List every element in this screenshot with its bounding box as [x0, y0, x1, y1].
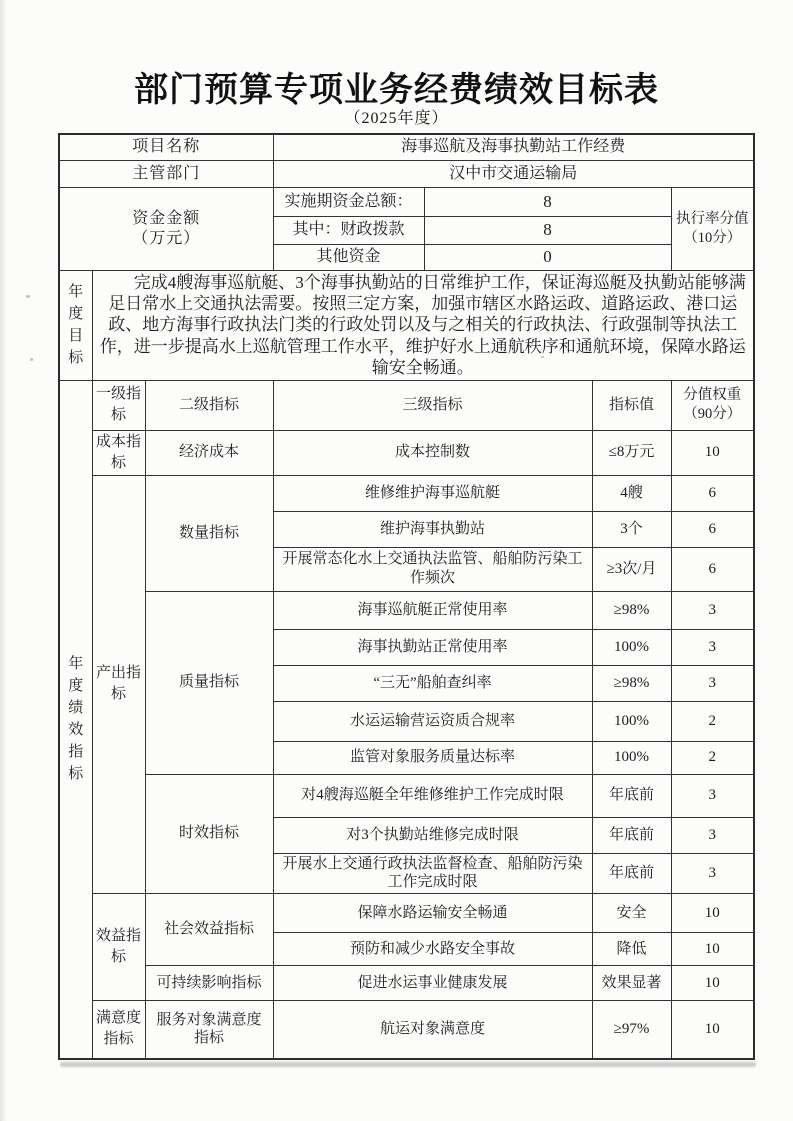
level3-indicator: 航运对象满意度 — [273, 1001, 592, 1059]
performance-target-table: 项目名称 海事巡航及海事执勤站工作经费 主管部门 汉中市交通运输局 资金金额 （… — [58, 133, 755, 1060]
fund-fiscal-value: 8 — [424, 216, 671, 244]
table-row: 时效指标 对4艘海巡艇全年维修维护工作完成时限 年底前 3 — [59, 774, 754, 817]
level3-indicator: “三无”船舶查纠率 — [273, 665, 592, 701]
indicator-value: 100% — [592, 629, 671, 665]
indicator-value: 4艘 — [592, 475, 671, 511]
indicator-weight: 6 — [671, 547, 754, 591]
header-weight: 分值权重 （90分） — [671, 380, 754, 430]
level2-sustainable-impact: 可持续影响指标 — [145, 966, 273, 1001]
execution-rate-line2: （10分） — [674, 229, 752, 248]
table-row: 产出指标 数量指标 维修维护海事巡航艇 4艘 6 — [59, 475, 754, 511]
scan-edge-artifact — [0, 0, 7, 1121]
indicator-value: 3个 — [592, 511, 671, 547]
table-header-row: 年度绩效指标 一级指标 二级指标 三级指标 指标值 分值权重 （90分） — [59, 380, 754, 430]
level3-indicator: 对4艘海巡艇全年维修维护工作完成时限 — [273, 774, 592, 817]
indicator-value: 100% — [592, 701, 671, 741]
project-name-value: 海事巡航及海事执勤站工作经费 — [273, 134, 754, 160]
indicator-value: ≥3次/月 — [592, 547, 671, 591]
scan-shadow-artifact — [60, 1062, 756, 1067]
indicator-weight: 6 — [671, 511, 754, 547]
indicator-value: 降低 — [592, 933, 671, 966]
fund-amount-label: 资金金额 （万元） — [59, 187, 273, 270]
level1-benefit: 效益指标 — [92, 894, 145, 1001]
indicator-weight: 10 — [671, 933, 754, 966]
table-row: 主管部门 汉中市交通运输局 — [59, 160, 754, 187]
project-name-label: 项目名称 — [59, 134, 273, 160]
level3-indicator: 维修维护海事巡航艇 — [273, 475, 592, 511]
indicator-value: 效果显著 — [592, 966, 671, 1001]
indicator-weight: 2 — [671, 741, 754, 774]
level2-service-satisfaction: 服务对象满意度 指标 — [145, 1001, 273, 1059]
indicator-value: ≤8万元 — [592, 430, 671, 475]
indicator-weight: 10 — [671, 894, 754, 933]
document-page: 部门预算专项业务经费绩效目标表 （2025年度） 项目名称 海事巡航及海事执勤站… — [0, 0, 793, 1121]
fund-other-label: 其他资金 — [273, 244, 424, 270]
level3-indicator: 对3个执勤站维修完成时限 — [273, 817, 592, 853]
header-level2: 二级指标 — [145, 380, 273, 430]
indicator-weight: 3 — [671, 853, 754, 894]
page-title: 部门预算专项业务经费绩效目标表 — [0, 62, 793, 111]
header-indicator-value: 指标值 — [592, 380, 671, 430]
level2-social-benefit: 社会效益指标 — [145, 894, 273, 966]
indicator-weight: 6 — [671, 475, 754, 511]
table-row: 可持续影响指标 促进水运事业健康发展 效果显著 10 — [59, 966, 754, 1001]
execution-rate-score-label: 执行率分值 （10分） — [671, 187, 754, 270]
indicator-weight: 3 — [671, 591, 754, 629]
level3-indicator: 维护海事执勤站 — [273, 511, 592, 547]
indicator-value: 年底前 — [592, 853, 671, 894]
indicator-weight: 3 — [671, 665, 754, 701]
level3-indicator: 预防和减少水路安全事故 — [273, 933, 592, 966]
table-row: 项目名称 海事巡航及海事执勤站工作经费 — [59, 134, 754, 160]
annual-goal-text: 完成4艘海事巡航艇、3个海事执勤站的日常维护工作，保证海巡艇及执勤站能够满足日常… — [92, 270, 754, 380]
indicator-value: ≥98% — [592, 665, 671, 701]
level2-timeliness: 时效指标 — [145, 774, 273, 894]
level3-indicator: 监管对象服务质量达标率 — [273, 741, 592, 774]
level3-indicator: 促进水运事业健康发展 — [273, 966, 592, 1001]
table-row: 成本指标 经济成本 成本控制数 ≤8万元 10 — [59, 430, 754, 475]
level1-output: 产出指标 — [92, 475, 145, 894]
level1-satisfaction: 满意度指标 — [92, 1001, 145, 1059]
table-row: 满意度指标 服务对象满意度 指标 航运对象满意度 ≥97% 10 — [59, 1001, 754, 1059]
scan-speck — [30, 358, 33, 361]
indicator-weight: 2 — [671, 701, 754, 741]
annual-performance-side-label: 年度绩效指标 — [59, 380, 92, 1059]
table-row: 年度目标 完成4艘海事巡航艇、3个海事执勤站的日常维护工作，保证海巡艇及执勤站能… — [59, 270, 754, 380]
table-row: 资金金额 （万元） 实施期资金总额： 8 执行率分值 （10分） — [59, 187, 754, 216]
level3-indicator: 开展水上交通行政执法监督检查、船舶防污染工作完成时限 — [273, 853, 592, 894]
indicator-value: ≥97% — [592, 1001, 671, 1059]
page-subtitle: （2025年度） — [0, 105, 793, 128]
department-value: 汉中市交通运输局 — [273, 160, 754, 187]
level3-indicator: 开展常态化水上交通执法监管、船舶防污染工作频次 — [273, 547, 592, 591]
level2-quality: 质量指标 — [145, 591, 273, 774]
fund-amount-label-line1: 资金金额 — [62, 209, 271, 229]
level3-indicator: 水运运输营运资质合规率 — [273, 701, 592, 741]
indicator-weight: 3 — [671, 817, 754, 853]
annual-goal-label: 年度目标 — [59, 270, 92, 380]
indicator-weight: 3 — [671, 629, 754, 665]
fund-other-value: 0 — [424, 244, 671, 270]
fund-amount-label-line2: （万元） — [62, 229, 271, 249]
department-label: 主管部门 — [59, 160, 273, 187]
indicator-weight: 3 — [671, 774, 754, 817]
level2-quantity: 数量指标 — [145, 475, 273, 591]
level2-economic-cost: 经济成本 — [145, 430, 273, 475]
level3-indicator: 成本控制数 — [273, 430, 592, 475]
table-row: 效益指标 社会效益指标 保障水路运输安全畅通 安全 10 — [59, 894, 754, 933]
table-row: 质量指标 海事巡航艇正常使用率 ≥98% 3 — [59, 591, 754, 629]
fund-fiscal-label: 其中：财政拨款 — [273, 216, 424, 244]
indicator-value: 100% — [592, 741, 671, 774]
indicator-weight: 10 — [671, 966, 754, 1001]
indicator-weight: 10 — [671, 430, 754, 475]
indicator-value: 年底前 — [592, 774, 671, 817]
fund-total-value: 8 — [424, 187, 671, 216]
indicator-value: ≥98% — [592, 591, 671, 629]
scan-speck — [26, 295, 30, 298]
level3-indicator: 海事执勤站正常使用率 — [273, 629, 592, 665]
fund-total-label: 实施期资金总额： — [273, 187, 424, 216]
header-level1: 一级指标 — [92, 380, 145, 430]
level3-indicator: 保障水路运输安全畅通 — [273, 894, 592, 933]
level3-indicator: 海事巡航艇正常使用率 — [273, 591, 592, 629]
execution-rate-line1: 执行率分值 — [674, 210, 752, 229]
indicator-weight: 10 — [671, 1001, 754, 1059]
header-level3: 三级指标 — [273, 380, 592, 430]
indicator-value: 安全 — [592, 894, 671, 933]
level1-cost: 成本指标 — [92, 430, 145, 475]
indicator-value: 年底前 — [592, 817, 671, 853]
